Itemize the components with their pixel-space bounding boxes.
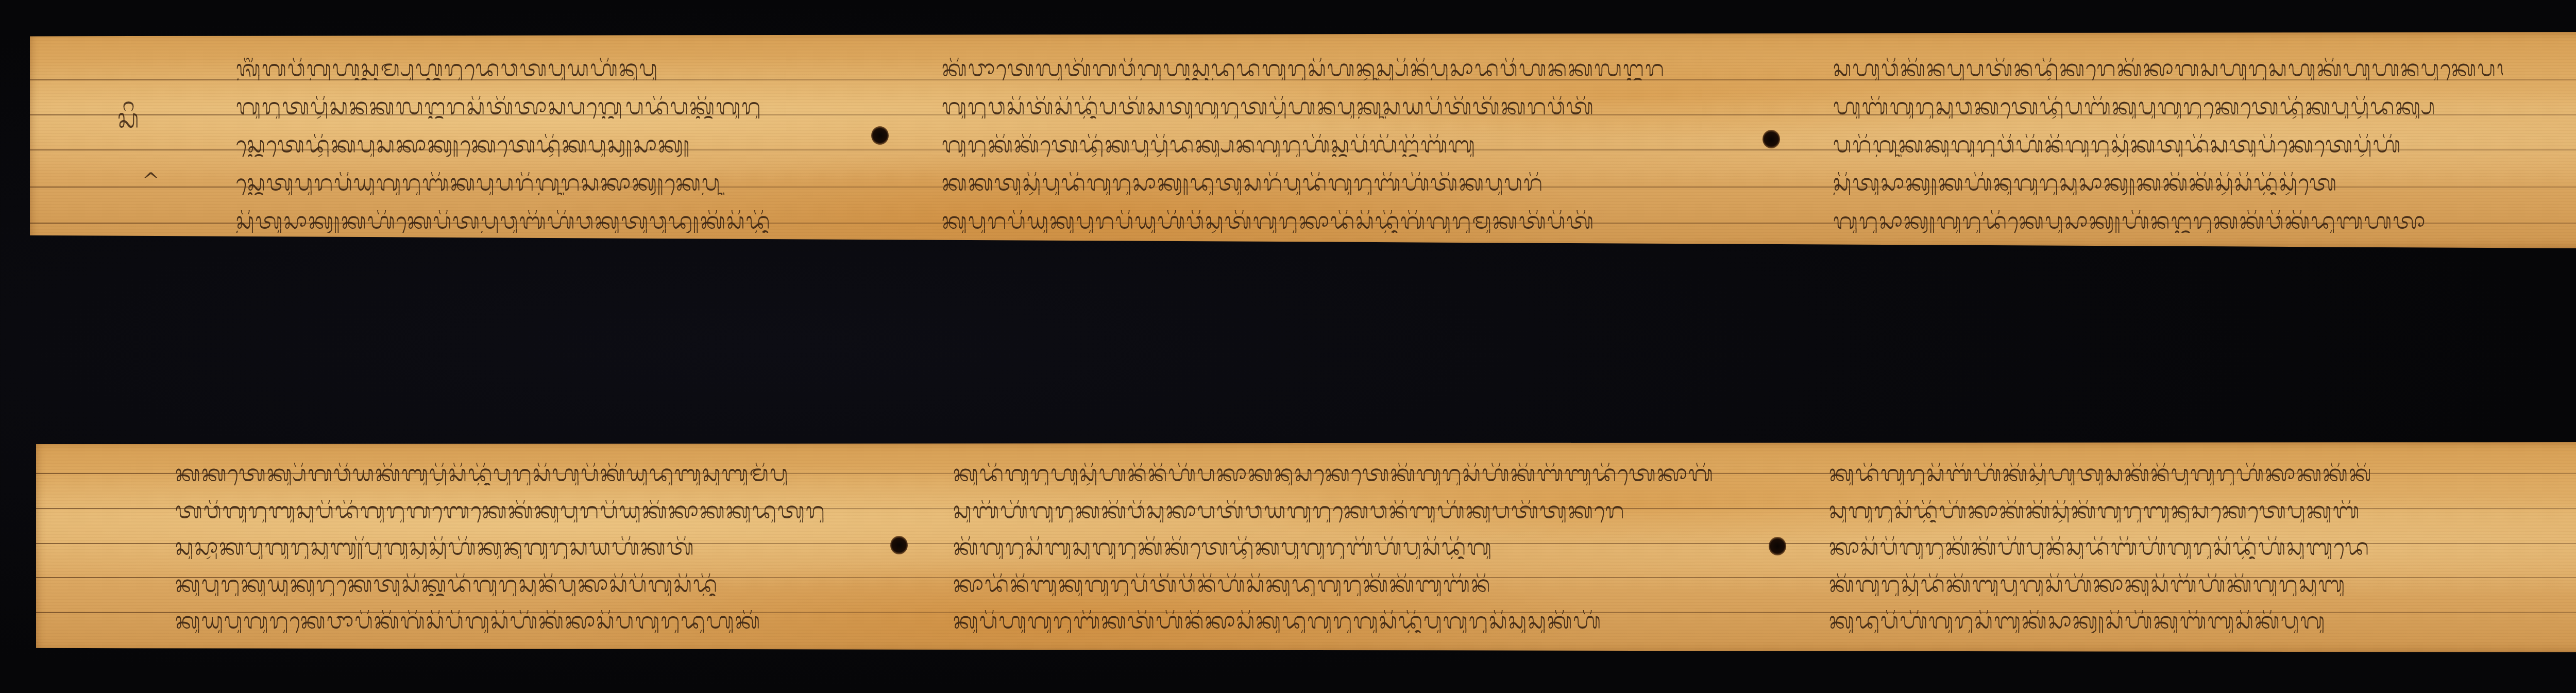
script-line: ᬕᬸᬭᬸᬢᬧ᭄ᬯᬶᬲᬦᬓᬮᬗ᭄ᬓᬭᬲᬶᬢᬶᬢᬵᬲᬧᬕ᭄ᬮᬾᬧᬤᬶᬧᬓ᭄ᬢᬶᬕᬸᬭ… xyxy=(236,96,870,119)
script-line: ᬕᬸᬭᬸᬯᬲᬶᬢᬶᬲᬶᬤ᭄ᬥᬶᬧᬢᬶᬲᬢᬸᬕᬸᬭᬸᬢᬧ᭄ᬯᬶᬳᬦᬧᬸᬓ᭄ᬭᬸᬲᬬ… xyxy=(942,96,1740,119)
script-line: ᬕᬸᬭᬸᬲᬵᬓ᭄ᬬᬕᬸᬭᬸᬤᬶᬓᬾᬧᬸᬲᬵᬓ᭄ᬬᬳᬶᬦᬗ᭄ᬕᬸᬭᬸᬓᬓᬶᬯᬶᬓᬶ… xyxy=(1833,210,2503,233)
script-line: ᬓᬶᬕᬸᬭᬸᬲ᭄ᬯᬶᬤᬶᬓᬶᬩᬸᬧᬸᬕᬸᬲᬶᬳᬶᬓᬵᬓᬸᬲᬶᬩᬶᬳᬶᬓᬶᬕᬸᬭᬸ… xyxy=(1829,573,2370,596)
page-marker-glyph: ᬲᬶ xyxy=(117,99,139,147)
text-column-1: ᬓᬓᬢᬾᬓ᭄ᬲᬶᬕᬯᬶᬬᬓᬶᬩᬸᬧ᭄ᬯᬶᬲᬶᬤ᭄ᬥᬶᬧᬸᬭᬸᬲᬶᬳᬸᬧᬶᬓᬶᬬᬸ… xyxy=(175,463,886,633)
script-line: ᬓᬸᬤᬶᬕᬸᬭᬸᬳᬸᬲ᭄ᬯᬶᬳᬦᬶᬦᬶᬳᬶᬧᬓᬵᬓᬦᬸᬲᬓᬾᬢᬾᬓᬶᬕᬸᬭᬸᬲᬶ… xyxy=(953,463,1757,485)
script-line: ᬲᬳᬸᬯᬶᬓᬶᬦᬧᬸᬧᬢᬶᬦᬤ᭄ᬯᬶᬓᬭᬾᬓᬶᬓᬵᬕᬲᬳᬸᬭᬸᬲᬳᬸᬓᬶᬳᬸᬳᬦ… xyxy=(1833,58,2503,80)
script-line: ᬓᬵᬤᬶᬦᬶᬩᬸᬓᬸᬕᬸᬭᬸᬧᬶᬢᬶᬯᬶᬦᬶᬳᬶᬲᬶᬓᬸᬤᬸᬕᬸᬭᬸᬓᬶᬓᬶᬩᬸ… xyxy=(953,573,1757,596)
script-line: ᬳᬸᬩᬶᬕᬸᬭᬸᬲᬸᬯᬓᬢᬾᬤ᭄ᬯᬶᬧᬩᬶᬓᬸᬧᬸᬕᬸᬭᬸᬓᬾᬢᬾᬤ᭄ᬯᬶᬓᬧᬸ… xyxy=(1833,96,2503,119)
script-line: ᬲᬸᬕᬸᬭᬸᬲᬶᬤ᭄ᬥᬶᬳᬶᬓᬵᬓᬶᬓᬶᬲ᭄ᬯᬶᬓᬶᬕᬸᬭᬸᬩᬸᬦᬸᬲᬓᬾᬢᬾᬧ… xyxy=(1829,500,2370,522)
binding-hole xyxy=(1769,537,1786,555)
text-column-1: ᬰ᭄ᬭᬷᬕᬯᬶᬕ᭄ᬭᬳᬲ᭄ᬮᬸᬫ᭄ᬧᬸᬳ᭄ᬕᬸᬭᬸᬤᬾᬯᬢᬧᬸᬬᬳᬶᬦᬸᬧᬸ ᬕ… xyxy=(236,58,870,233)
text-column-3: ᬲᬳᬸᬯᬶᬓᬶᬦᬧᬸᬧᬢᬶᬦᬤ᭄ᬯᬶᬓᬭᬾᬓᬶᬓᬵᬕᬲᬳᬸᬭᬸᬲᬳᬸᬓᬶᬳᬸᬳᬦ… xyxy=(1833,58,2503,233)
script-line: ᬲ᭄ᬭᬶᬢᬸᬲᬵᬓ᭄ᬬᬓᬳᬶᬓᬾᬧᬶᬢᬧ᭄ᬭᬯᬸᬩᬶᬳᬶᬯᬓᬸᬢᬸᬯᬸᬤ᭄ᬬᬓᬶ… xyxy=(236,210,870,233)
script-line: ᬢᬯᬶᬕᬸᬭᬸᬩᬸᬲᬸᬧᬶᬤᬶᬕᬸᬭᬸᬕᬩᬾᬓᬾᬓᬶᬓᬸᬧᬸᬭᬧᬶᬬᬸᬓᬶᬓᬵᬓ… xyxy=(175,500,886,522)
script-line: ᬓᬸᬤᬸᬧᬶᬳᬶᬕᬸᬭᬸᬲᬶᬩᬸᬓᬶᬲᬵᬓ᭄ᬬᬲᬶᬳᬶᬓᬸᬩᬶᬩᬸᬲᬶᬓᬶᬧᬸᬕ… xyxy=(1829,610,2370,633)
script-line: ᬕᬸᬭᬸᬓᬶᬓᬶᬢᬾᬤ᭄ᬯᬶᬓᬧᬸᬧ᭄ᬯᬶᬤᬓ᭄ᬲᬦᬕᬸᬭᬸᬳᬶᬲ᭄ᬓᬧᬶᬮᬶᬗ… xyxy=(942,134,1740,157)
script-line: ᬓᬸᬬᬸᬧᬸᬕᬸᬭᬸᬓᬾᬯᬵᬧᬶᬓᬶᬕᬶᬲᬶᬧᬶᬕᬸᬲᬶᬳᬶᬓᬶᬓᬵᬲᬶᬧᬕᬸᬭ… xyxy=(175,610,886,633)
script-line: ᬓᬸᬤᬶᬕᬸᬭᬸᬲᬶᬩᬶᬳᬶᬓᬶᬲ᭄ᬯᬶᬳᬸᬢᬸᬲᬓᬶᬦᬶᬧᬸᬕᬸᬭᬸᬳᬶᬓᬵᬓ… xyxy=(1829,463,2370,485)
script-line: ᬲ᭄ᬓᬾᬢᬸᬧᬸᬭᬧᬶᬬᬸᬕᬸᬭᬸᬩᬶᬓᬧᬸᬧᬭᬶᬕ᭄ᬭᬸᬭᬲᬓᬵᬓ᭄ᬬᬓᬾᬧ᭄… xyxy=(236,172,870,195)
script-line: ᬓᬶᬯᬵᬢᬾᬮᬸᬢᬶᬕᬯᬶᬕ᭄ᬭᬳᬲ᭄ᬮᬸᬤ᭄ᬭᬤᬕᬸᬭᬸᬲᬶᬳᬦ᭄ᬯᬸᬲ᭄ᬲᬶ… xyxy=(942,58,1740,80)
script-line: ᬓᬸᬧᬶᬳᬸᬕᬸᬭᬸᬩᬶᬓᬢᬶᬳᬶᬦᬶᬓᬵᬲᬶᬓᬸᬤᬸᬕᬸᬭᬸᬕᬸᬲᬶᬤ᭄ᬥᬶᬧ… xyxy=(953,610,1757,633)
text-column-2: ᬓᬸᬤᬶᬕᬸᬭᬸᬳᬸᬲ᭄ᬯᬶᬳᬦᬶᬦᬶᬳᬶᬧᬓᬵᬓᬦᬸᬲᬓᬾᬢᬾᬓᬶᬕᬸᬭᬸᬲᬶ… xyxy=(953,463,1757,633)
script-line: ᬧᬭᬶᬕ᭄ᬭᬸᬓᬓᬸᬕᬸᬭᬸᬯᬶᬳᬶᬦᬶᬕᬸᬭᬸᬲ᭄ᬯᬶᬓᬢᬸᬤᬶᬲᬢᬸᬧᬶᬓᬾ… xyxy=(1833,134,2503,157)
script-line: ᬲ᭄ᬭᬶᬢᬸᬲᬵᬓ᭄ᬬᬓᬳᬶᬦᬸᬕᬸᬭᬸᬲᬸᬲᬵᬓ᭄ᬬᬓᬓᬶᬓᬶᬲ᭄ᬯᬶᬲᬶᬤ᭄… xyxy=(1833,172,2503,195)
palm-leaf-bottom: ᬓᬓᬢᬾᬓ᭄ᬲᬶᬕᬯᬶᬬᬓᬶᬩᬸᬧ᭄ᬯᬶᬲᬶᬤ᭄ᬥᬶᬧᬸᬭᬸᬲᬶᬳᬸᬧᬶᬓᬶᬬᬸ… xyxy=(36,442,2576,652)
script-line: ᬓᬓᬢᬾᬓ᭄ᬲᬶᬕᬯᬶᬬᬓᬶᬩᬸᬧ᭄ᬯᬶᬲᬶᬤ᭄ᬥᬶᬧᬸᬭᬸᬲᬶᬳᬸᬧᬶᬓᬶᬬᬸ… xyxy=(175,463,886,485)
margin-caret-mark: ^ xyxy=(142,168,160,192)
text-column-3: ᬓᬸᬤᬶᬕᬸᬭᬸᬲᬶᬩᬶᬳᬶᬓᬶᬲ᭄ᬯᬶᬳᬸᬢᬸᬲᬓᬶᬦᬶᬧᬸᬕᬸᬭᬸᬳᬶᬓᬵᬓ… xyxy=(1829,463,2370,633)
script-line: ᬓᬵᬲᬶᬧᬶᬕᬸᬭᬸᬓᬶᬓᬶᬳᬶᬧᬸᬦᬶᬲᬸᬤᬶᬩᬶᬳᬶᬕᬸᬭᬸᬲᬶᬤ᭄ᬥᬶᬳᬶ… xyxy=(1829,536,2370,559)
binding-hole xyxy=(871,126,889,145)
text-column-2: ᬓᬶᬯᬵᬢᬾᬮᬸᬢᬶᬕᬯᬶᬕ᭄ᬭᬳᬲ᭄ᬮᬸᬤ᭄ᬭᬤᬕᬸᬭᬸᬲᬶᬳᬦ᭄ᬯᬸᬲ᭄ᬲᬶ… xyxy=(942,58,1740,233)
binding-hole xyxy=(890,536,908,554)
script-line: ᬲ᭄ᬓᬾᬢᬾᬤ᭄ᬯᬶᬓᬧᬸᬲᬓᬵᬓ᭄ᬬᬓᬾᬢᬾᬤ᭄ᬯᬶᬓᬧᬸᬲ᭄ᬬᬲᬵᬓ᭄ᬬ xyxy=(236,134,870,157)
script-line: ᬲᬸᬲ᭄ᬯᬵᬓᬧᬸᬕᬸᬭᬸᬲᬸᬩ᭄ᬬᬶᬧᬸᬕᬸᬲ᭄ᬯᬲ᭄ᬯᬶᬳᬶᬓᬸᬦᬸᬕᬸᬭᬸ… xyxy=(175,536,886,559)
binding-hole xyxy=(1762,130,1780,148)
script-line: ᬲᬸᬩᬶᬳᬶᬕᬸᬭᬸᬓᬓᬶᬯᬶᬲᬸᬓᬵᬧᬢᬶᬯᬬᬕᬸᬭᬸᬓᬾᬯᬦᬶᬩᬸᬳᬶᬓᬸᬧ… xyxy=(953,500,1757,522)
script-line: ᬓᬸᬧᬸᬭᬸᬓᬸᬬᬸᬓᬸᬭᬸᬓᬾᬢᬸᬲᬶᬓ᭄ᬓᬸᬤᬶᬕᬸᬭᬸᬲᬸᬦᬶᬧᬸᬓᬵᬲᬶ… xyxy=(175,573,886,596)
script-line: ᬓᬸᬧᬸᬭᬧᬶᬬᬸᬓᬸᬧᬸᬭᬧᬶᬬᬸᬳᬶᬯᬶᬲ᭄ᬯᬢᬶᬕᬸᬭᬸᬓᬵᬤᬶᬲᬶᬤ᭄ᬥ… xyxy=(942,210,1740,233)
script-line: ᬓᬶᬕᬸᬭᬸᬲᬶᬩᬸᬲᬸᬕᬸᬭᬸᬓᬶᬓᬶᬢᬾᬤ᭄ᬯᬶᬓᬧᬸᬕᬸᬭᬸᬩᬶᬳᬶᬧᬸᬲ… xyxy=(953,536,1757,559)
script-line: ᬓᬓᬢᬸᬲ᭄ᬯᬶᬧᬸᬤᬶᬕᬸᬭᬸᬲᬵᬓ᭄ᬬᬤᬸᬢᬸᬲᬭᬶᬧᬸᬤᬶᬕᬸᬭᬸᬩᬶᬳᬶ… xyxy=(942,172,1740,195)
script-line: ᬰ᭄ᬭᬷᬕᬯᬶᬕ᭄ᬭᬳᬲ᭄ᬮᬸᬫ᭄ᬧᬸᬳ᭄ᬕᬸᬭᬸᬤᬾᬯᬢᬧᬸᬬᬳᬶᬦᬸᬧᬸ xyxy=(236,58,870,80)
palm-leaf-top: ᬲᬶ ^ ᬰ᭄ᬭᬷᬕᬯᬶᬕ᭄ᬭᬳᬲ᭄ᬮᬸᬫ᭄ᬧᬸᬳ᭄ᬕᬸᬭᬸᬤᬾᬯᬢᬧᬸᬬᬳᬶᬦ… xyxy=(30,32,2576,248)
